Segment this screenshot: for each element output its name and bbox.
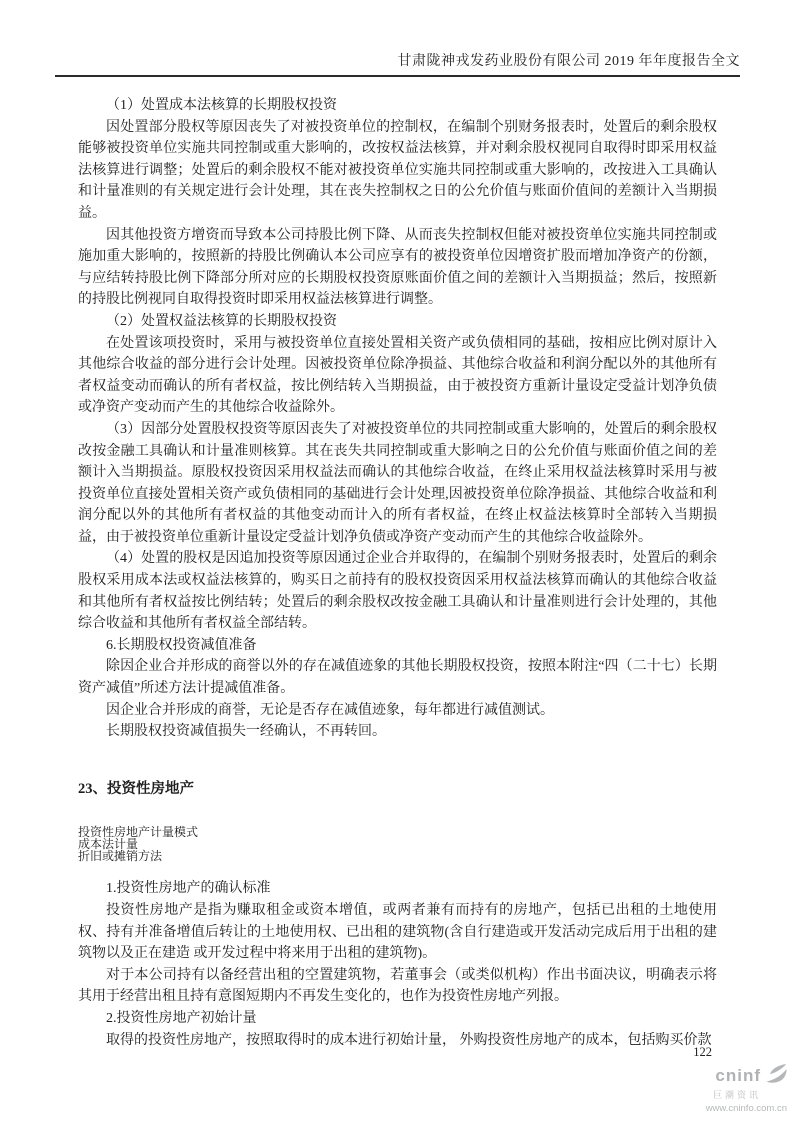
cninfo-swirl-icon <box>763 1063 787 1090</box>
cninfo-name: 巨潮资讯 <box>706 1091 761 1101</box>
paragraph: 因处置部分股权等原因丧失了对被投资单位的控制权，在编制个别财务报表时，处置后的剩… <box>78 117 717 225</box>
page-number: 122 <box>693 1045 712 1060</box>
paragraph: 1.投资性房地产的确认标准 <box>78 878 717 900</box>
paragraph: 因企业合并形成的商誉，无论是否存在减值迹象，每年都进行减值测试。 <box>78 700 717 722</box>
page-header: 甘肃陇神戎发药业股份有限公司 2019 年年度报告全文 <box>55 0 740 77</box>
paragraph: 取得的投资性房地产，按照取得时的成本进行初始计量， 外购投资性房地产的成本，包括… <box>78 1030 717 1052</box>
cninfo-brand-row: cninf <box>706 1063 787 1090</box>
header-title: 甘肃陇神戎发药业股份有限公司 2019 年年度报告全文 <box>55 50 740 75</box>
meta-line: 成本法计量 <box>78 838 717 850</box>
paragraph: 6.长期股权投资减值准备 <box>78 635 717 657</box>
paragraph: （1）处置成本法核算的长期股权投资 <box>78 95 717 117</box>
cninfo-brand-text: cninf <box>715 1067 761 1086</box>
paragraph: （3）因部分处置股权投资等原因丧失了对被投资单位的共同控制或重大影响的，处置后的… <box>78 419 717 549</box>
cninfo-logo: cninf 巨潮资讯 www.cninfo.com.cn <box>706 1063 787 1114</box>
paragraph: 因其他投资方增资而导致本公司持股比例下降、从而丧失控制权但能对被投资单位实施共同… <box>78 225 717 311</box>
paragraph: 除因企业合并形成的商誉以外的存在减值迹象的其他长期股权投资，按照本附注“四（二十… <box>78 656 717 699</box>
cninfo-url: www.cninfo.com.cn <box>706 1104 787 1114</box>
paragraph: （4）处置的股权是因追加投资等原因通过企业合并取得的，在编制个别财务报表时，处置… <box>78 548 717 634</box>
header-rule <box>55 75 740 77</box>
document-body: （1）处置成本法核算的长期股权投资 因处置部分股权等原因丧失了对被投资单位的控制… <box>78 95 717 1051</box>
meta-line: 投资性房地产计量模式 <box>78 826 717 838</box>
paragraph: 2.投资性房地产初始计量 <box>78 1008 717 1030</box>
report-page: 甘肃陇神戎发药业股份有限公司 2019 年年度报告全文 （1）处置成本法核算的长… <box>0 0 793 1122</box>
investment-property-meta: 投资性房地产计量模式 成本法计量 折旧或摊销方法 <box>78 826 717 862</box>
meta-line: 折旧或摊销方法 <box>78 850 717 862</box>
section-heading-23: 23、投资性房地产 <box>78 779 717 801</box>
paragraph: 投资性房地产是指为赚取租金或资本增值，或两者兼有而持有的房地产，包括已出租的土地… <box>78 900 717 965</box>
paragraph: 对于本公司持有以备经营出租的空置建筑物，若董事会（或类似机构）作出书面决议，明确… <box>78 965 717 1008</box>
paragraph: 在处置该项投资时，采用与被投资单位直接处置相关资产或负债相同的基础，按相应比例对… <box>78 333 717 419</box>
paragraph: 长期股权投资减值损失一经确认，不再转回。 <box>78 721 717 743</box>
paragraph: （2）处置权益法核算的长期股权投资 <box>78 311 717 333</box>
